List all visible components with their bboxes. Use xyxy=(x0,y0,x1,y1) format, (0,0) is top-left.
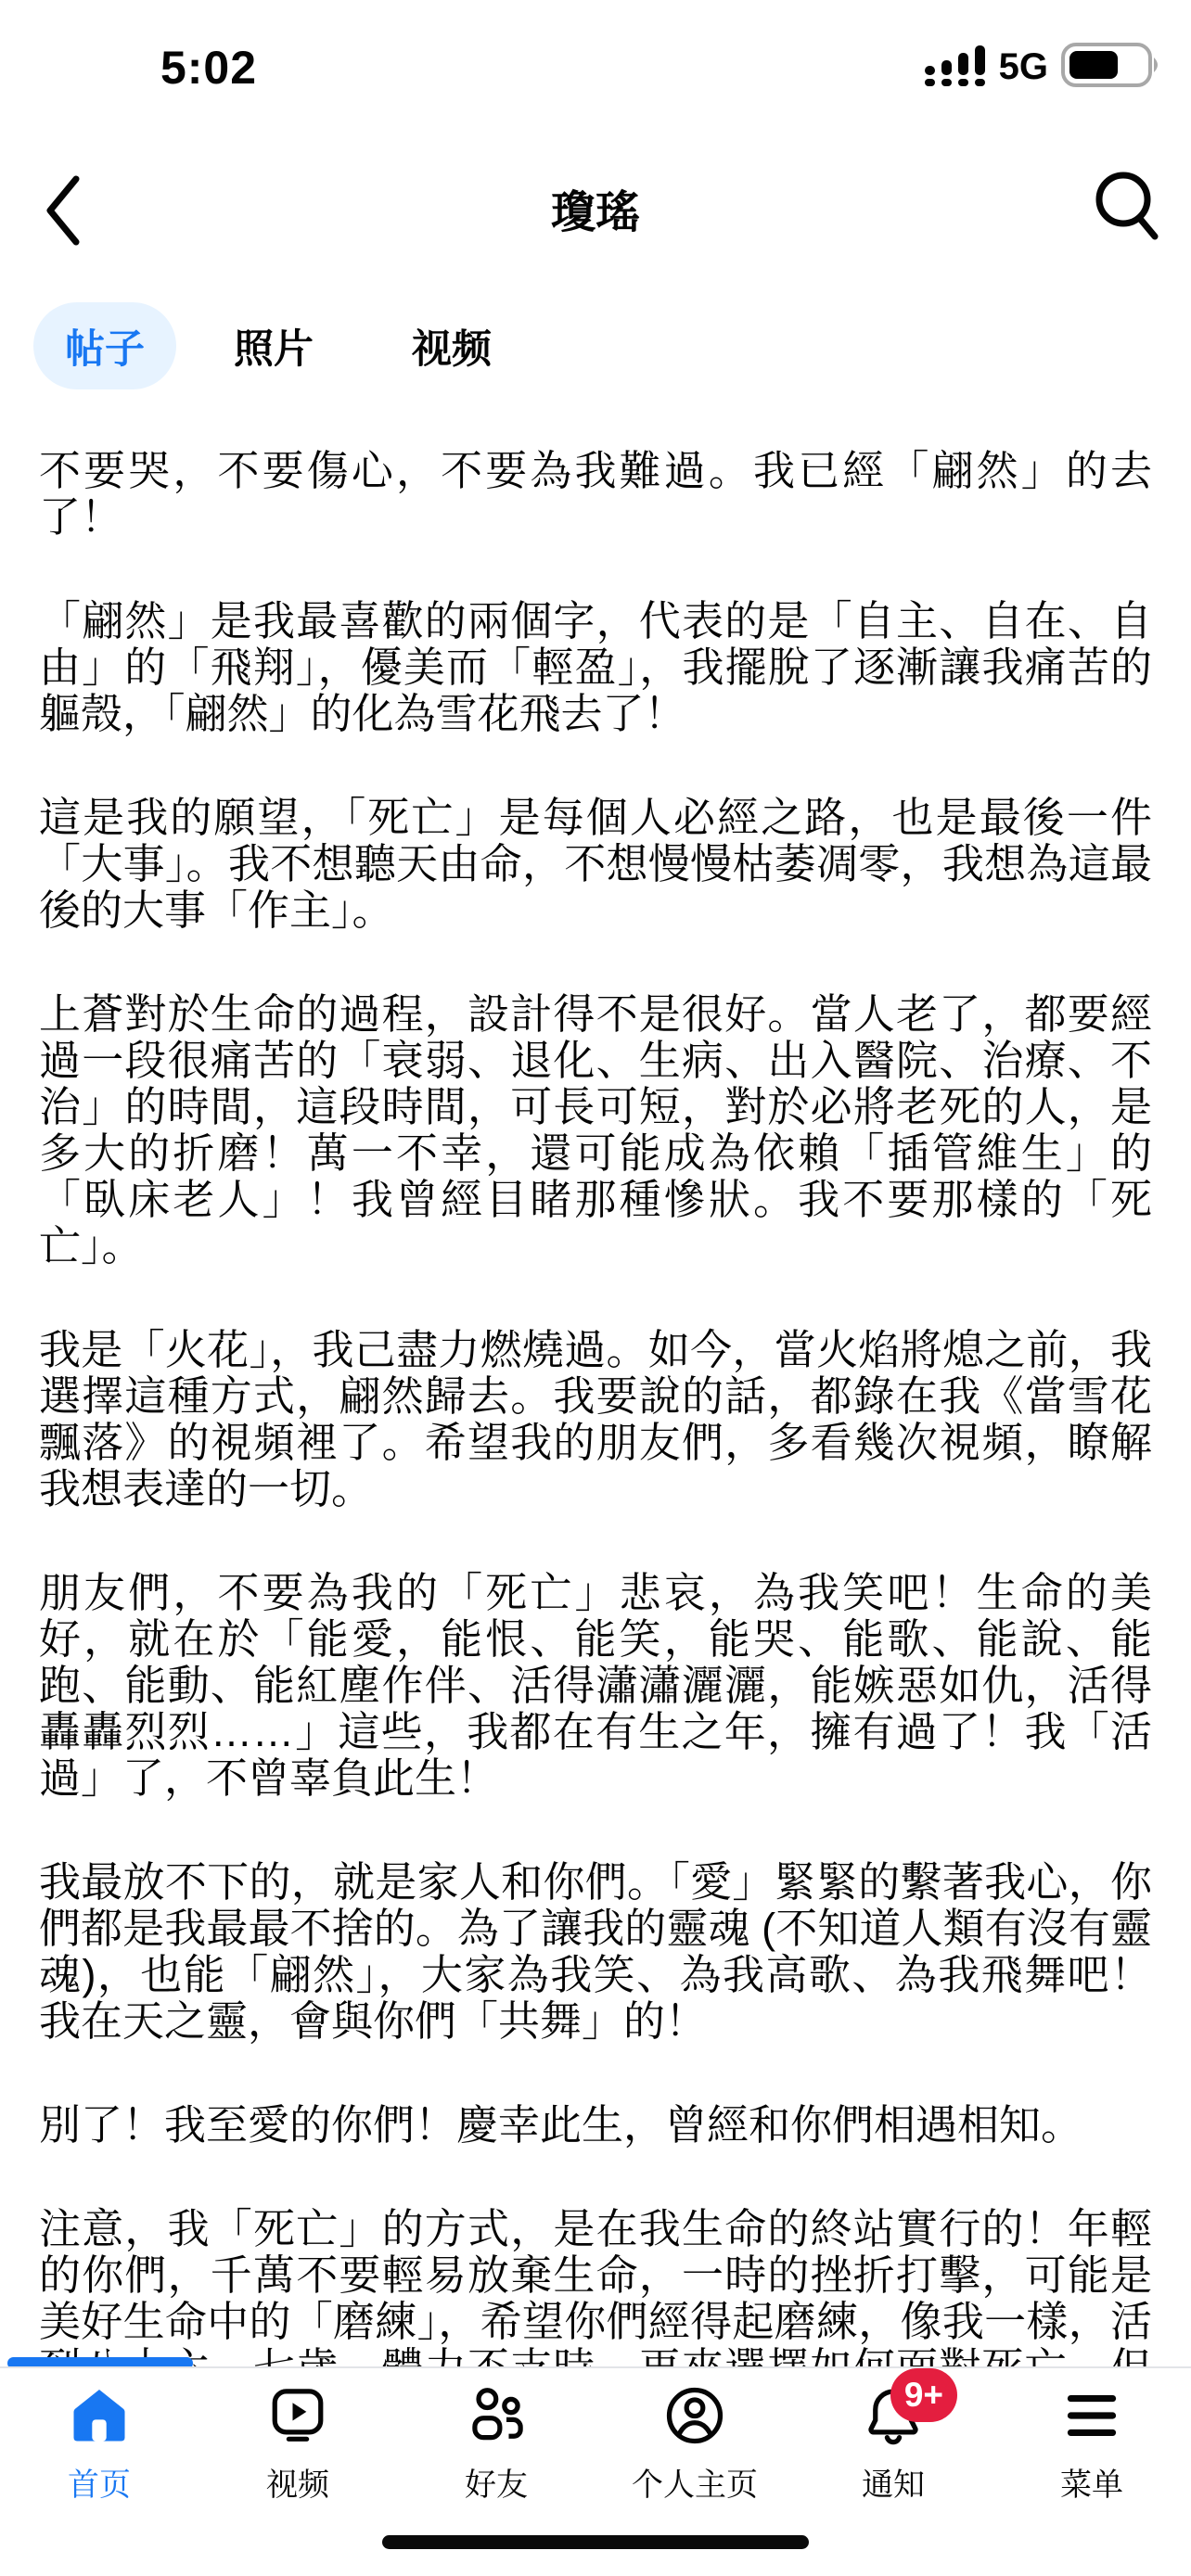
bottom-nav-label: 菜单 xyxy=(1060,2459,1123,2505)
home-indicator[interactable] xyxy=(382,2535,809,2549)
bottom-nav-label: 首页 xyxy=(68,2459,131,2505)
tab-photos[interactable]: 照片 xyxy=(234,318,314,375)
post-paragraph: 我是「火花」，我己盡力燃燒過。如今，當火焰將熄之前，我選擇這種方式，翩然歸去。我… xyxy=(39,1327,1152,1512)
page-title: 瓊瑤 xyxy=(0,176,1191,240)
bottom-nav-home[interactable]: 首页 xyxy=(0,2368,198,2576)
status-bar: 5:02 5G xyxy=(0,0,1191,121)
profile-icon xyxy=(662,2383,727,2448)
post-paragraph: 不要哭，不要傷心，不要為我難過。我已經「翩然」的去了！ xyxy=(39,448,1152,541)
notification-badge: 9+ xyxy=(890,2368,957,2422)
top-nav-bar: 瓊瑤 xyxy=(0,156,1191,267)
bottom-nav-video[interactable]: 视频 xyxy=(198,2368,397,2576)
battery-icon xyxy=(1061,42,1165,93)
status-time: 5:02 xyxy=(130,41,288,95)
bottom-nav-label: 视频 xyxy=(266,2459,329,2505)
tab-videos[interactable]: 视频 xyxy=(412,318,492,375)
search-button[interactable] xyxy=(1093,169,1161,249)
post-paragraph: 「翩然」是我最喜歡的兩個字，代表的是「自主、自在、自由」的「飛翔」，優美而「輕盈… xyxy=(39,598,1152,737)
bottom-nav-label: 好友 xyxy=(465,2459,528,2505)
post-body: 不要哭，不要傷心，不要為我難過。我已經「翩然」的去了！ 「翩然」是我最喜歡的兩個… xyxy=(39,448,1152,2542)
menu-icon xyxy=(1059,2383,1124,2448)
post-paragraph: 我最放不下的，就是家人和你們。「愛」緊緊的繫著我心，你們都是我最最不捨的。為了讓… xyxy=(39,1859,1152,2045)
bell-icon: 9+ xyxy=(861,2383,926,2448)
bottom-nav-label: 个人主页 xyxy=(632,2459,758,2505)
network-type-label: 5G xyxy=(999,46,1048,88)
home-icon xyxy=(67,2383,132,2448)
bottom-nav-notifications[interactable]: 9+ 通知 xyxy=(794,2368,992,2576)
post-paragraph: 這是我的願望，「死亡」是每個人必經之路，也是最後一件「大事」。我不想聽天由命，不… xyxy=(39,795,1152,934)
bottom-nav-menu[interactable]: 菜单 xyxy=(992,2368,1191,2576)
friends-icon xyxy=(464,2383,529,2448)
video-icon xyxy=(265,2383,330,2448)
cellular-signal-icon xyxy=(925,44,986,91)
post-paragraph: 朋友們，不要為我的「死亡」悲哀，為我笑吧！生命的美好，就在於「能愛，能恨、能笑，… xyxy=(39,1570,1152,1802)
post-paragraph: 上蒼對於生命的過程，設計得不是很好。當人老了，都要經過一段很痛苦的「衰弱、退化、… xyxy=(39,991,1152,1269)
status-right-cluster: 5G xyxy=(925,43,1165,91)
search-icon xyxy=(1094,235,1160,249)
post-paragraph: 別了！我至愛的你們！慶幸此生，曾經和你們相遇相知。 xyxy=(39,2102,1152,2149)
content-tabs: 帖子 照片 视频 xyxy=(33,302,492,389)
tab-posts[interactable]: 帖子 xyxy=(33,302,176,389)
bottom-nav-label: 通知 xyxy=(862,2459,925,2505)
